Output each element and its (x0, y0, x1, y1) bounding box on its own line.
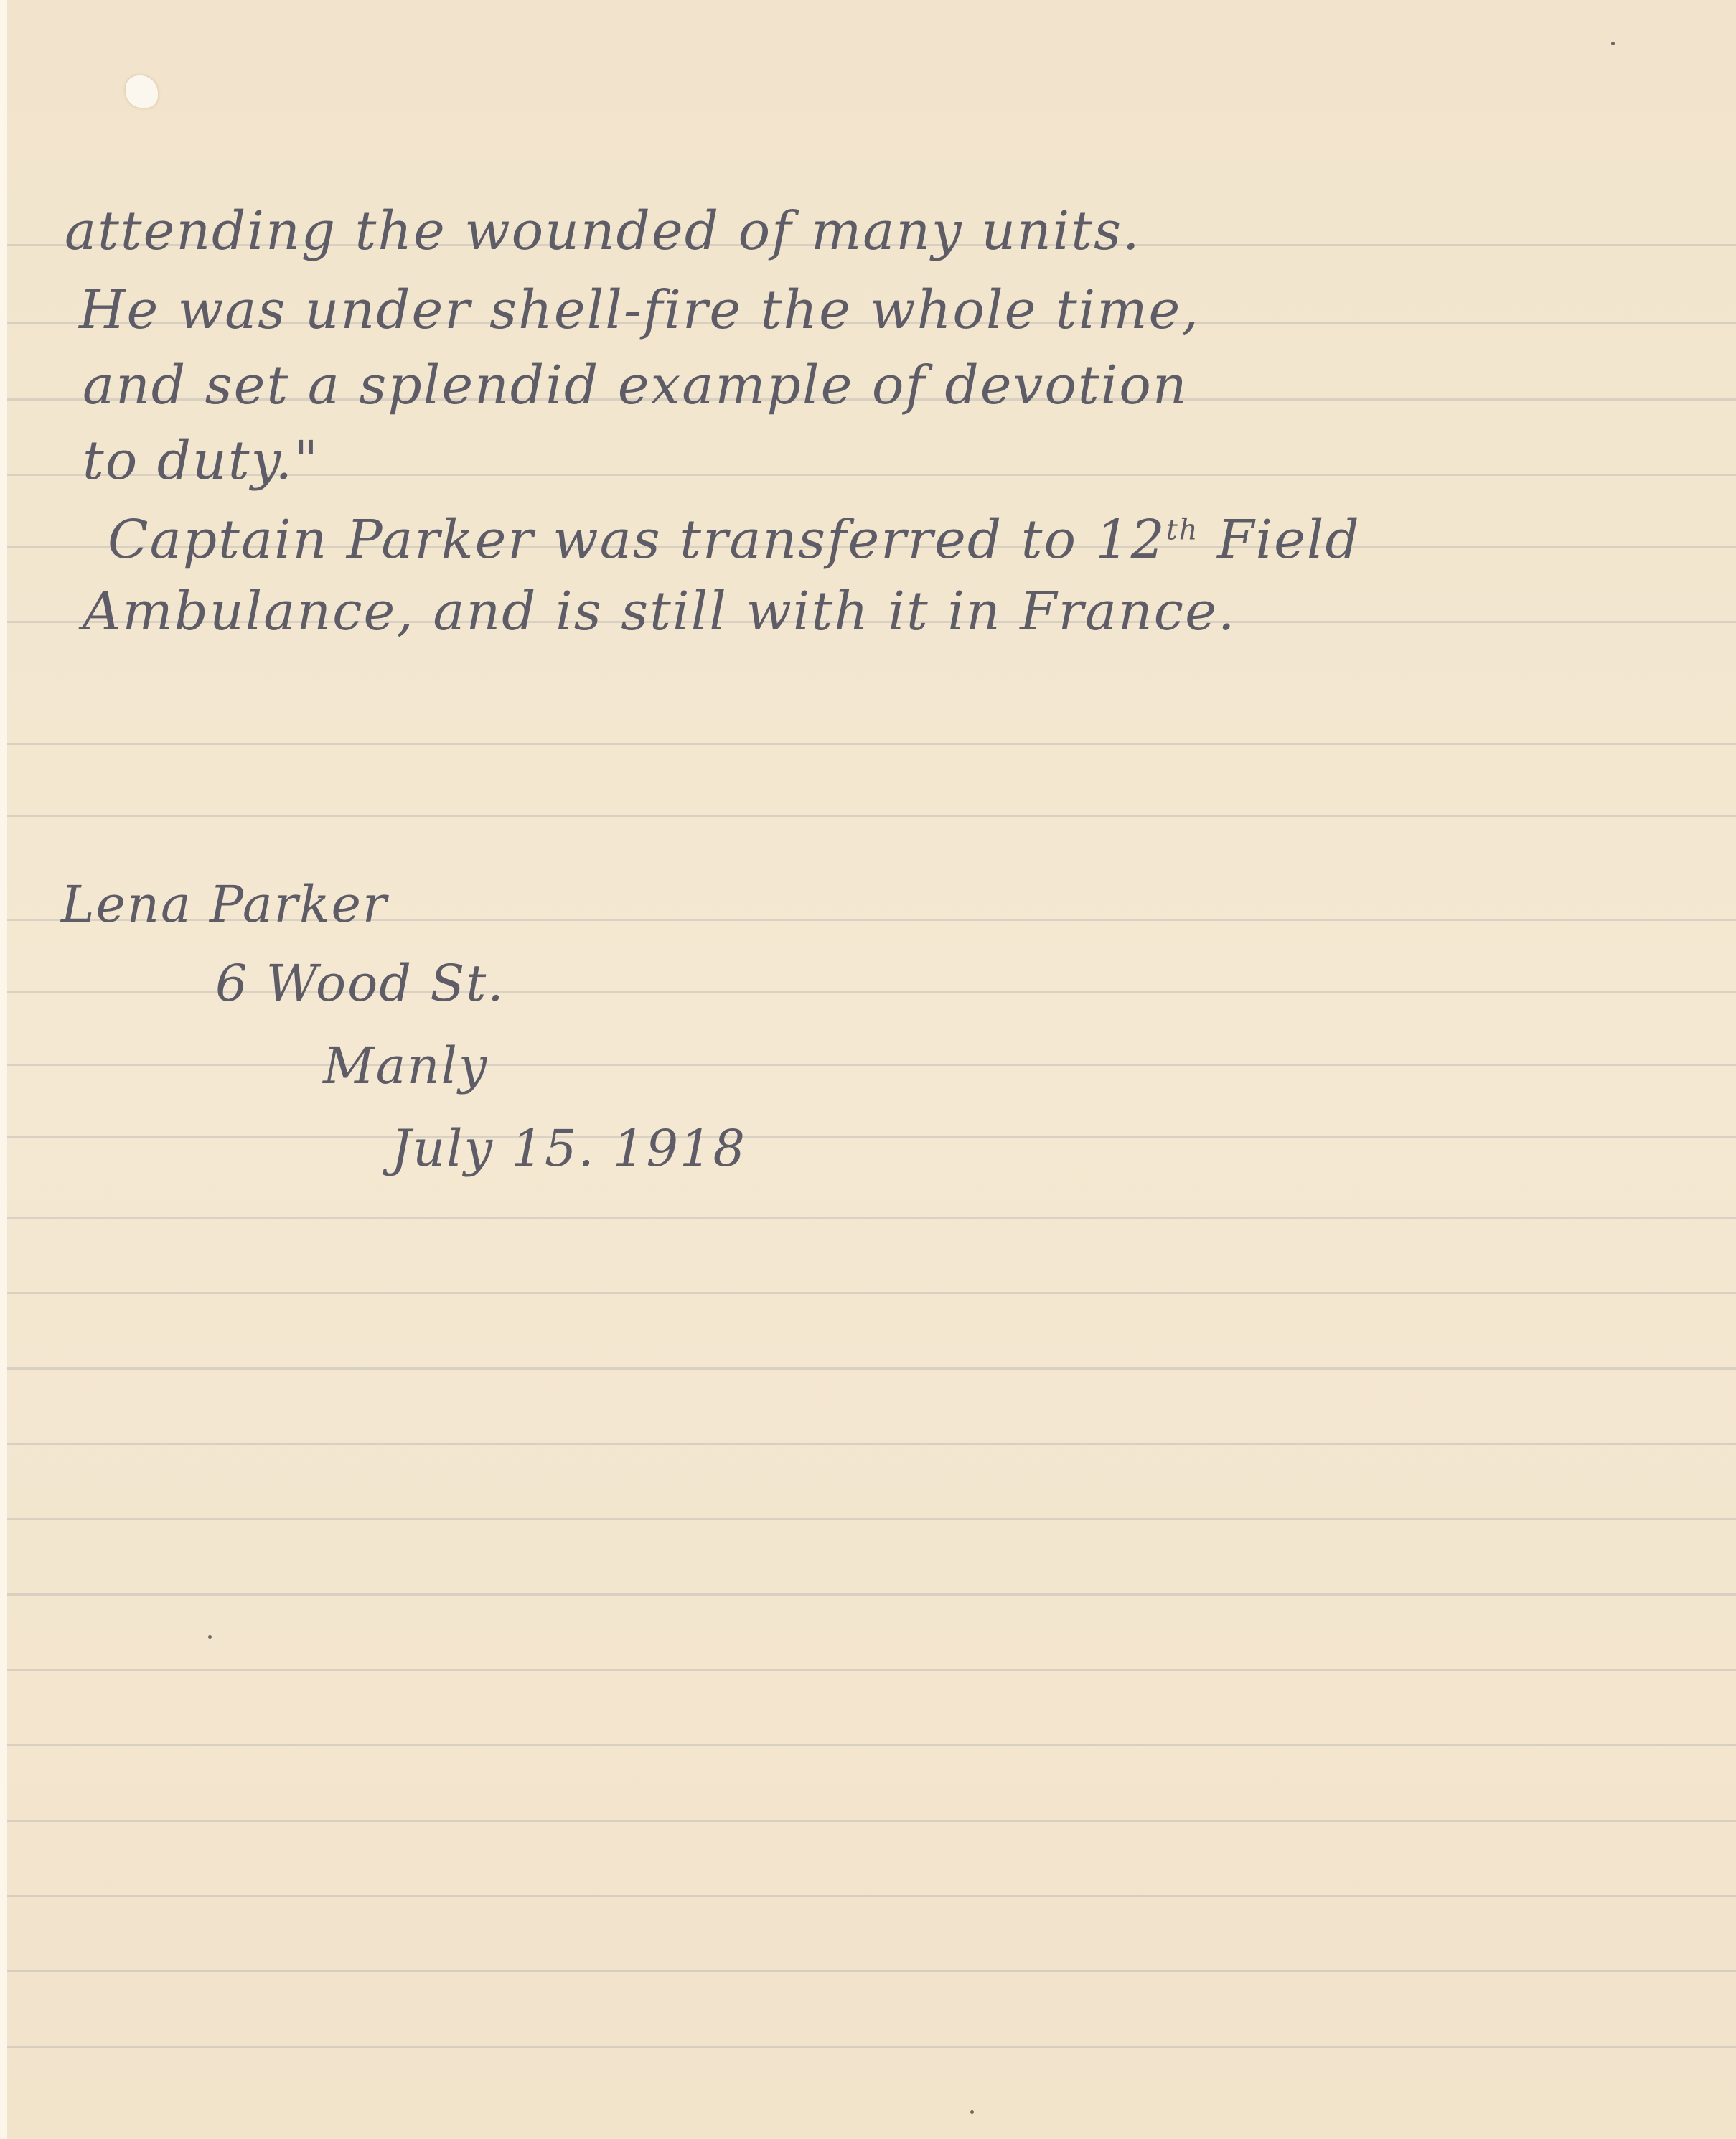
signature-name: Lena Parker (61, 879, 388, 930)
line-segment: Field (1199, 509, 1361, 571)
paper-edge (0, 0, 7, 2139)
ruled-line (7, 1217, 1736, 1219)
signature-address-line2: Manly (323, 1041, 488, 1091)
ruled-line (7, 1518, 1736, 1520)
ordinal-suffix: th (1166, 513, 1199, 546)
ruled-line (7, 1744, 1736, 1746)
signature-date: July 15. 1918 (391, 1123, 746, 1174)
body-line: Ambulance, and is still with it in Franc… (83, 585, 1236, 638)
ruled-line (7, 1443, 1736, 1445)
ruled-line (7, 2046, 1736, 2048)
line-segment: Captain Parker was transferred to 12 (108, 509, 1166, 571)
ruled-line (7, 1136, 1736, 1138)
body-line: to duty." (83, 434, 319, 487)
ink-speck (1611, 42, 1615, 45)
ink-speck (970, 2110, 974, 2114)
body-line: and set a splendid example of devotion (83, 359, 1188, 412)
ruled-line (7, 815, 1736, 817)
ink-speck (208, 1635, 212, 1639)
ruled-line (7, 1292, 1736, 1294)
paper-damage (126, 75, 158, 108)
body-line: attending the wounded of many units. (65, 205, 1141, 258)
body-line: Captain Parker was transferred to 12th F… (108, 513, 1361, 566)
ruled-line (7, 743, 1736, 745)
ruled-line (7, 1895, 1736, 1897)
ruled-line (7, 1970, 1736, 1972)
ruled-line (7, 1367, 1736, 1370)
ruled-line (7, 1064, 1736, 1066)
body-line: He was under shell-fire the whole time, (79, 284, 1200, 337)
ruled-line (7, 1669, 1736, 1671)
ruled-line (7, 1593, 1736, 1596)
signature-address-line1: 6 Wood St. (215, 958, 505, 1008)
ruled-line (7, 1820, 1736, 1822)
letter-page: attending the wounded of many units. He … (0, 0, 1736, 2139)
